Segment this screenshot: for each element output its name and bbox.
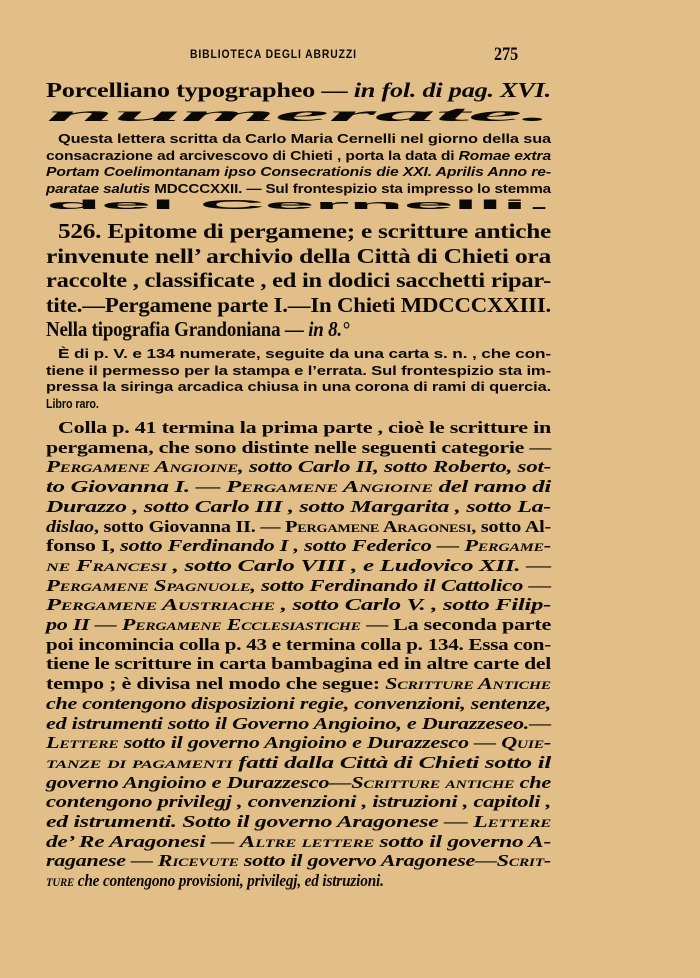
text-run: — La seconda parte xyxy=(361,615,551,634)
text-run: numerate. xyxy=(46,102,551,126)
text-run: po II — xyxy=(46,615,122,634)
text-run: Portam Coelimontanam ipso Consecrationis… xyxy=(46,165,551,179)
text-run: Pergamene Aragonesi xyxy=(285,517,471,536)
running-title: BIBLIOTECA DEGLI ABRUZZI xyxy=(190,49,357,61)
text-run: Scritture Antiche xyxy=(385,674,551,693)
text-line: poi incomincia colla p. 43 e termina col… xyxy=(46,635,551,655)
text-line: Lettere sotto il governo Angioino e Dura… xyxy=(46,733,551,753)
text-line: pressa la siringa arcadica chiusa in una… xyxy=(46,380,551,394)
text-run: tite.—Pergamene parte I.—In Chieti MDCCC… xyxy=(46,293,551,317)
text-run: Porcelliano typographeo — xyxy=(46,78,354,102)
text-run: Lettere xyxy=(473,812,551,831)
text-run: Pergame- xyxy=(464,536,551,555)
text-line: governo Angioino e Durazzesco—Scritture … xyxy=(46,773,551,793)
text-run: tanze di pagamenti xyxy=(46,753,232,772)
text-line: Portam Coelimontanam ipso Consecrationis… xyxy=(46,165,551,179)
text-run: che xyxy=(514,773,551,792)
text-line: po II — Pergamene Ecclesiastiche — La se… xyxy=(46,615,551,635)
text-run: , sotto Ferdinando il Cattolico — xyxy=(250,576,551,595)
text-line: Porcelliano typographeo — in fol. di pag… xyxy=(46,78,551,103)
text-run: Lettere xyxy=(46,733,118,752)
text-line: rinvenute nell’ archivio della Città di … xyxy=(46,244,551,269)
text-run: Libro raro. xyxy=(46,397,99,411)
text-line: fonso I, sotto Ferdinando I , sotto Fede… xyxy=(46,536,551,556)
text-line: Durazzo , sotto Carlo III , sotto Margar… xyxy=(46,497,551,517)
text-run: Pergamene Angioine xyxy=(46,457,238,476)
text-run: Pergamene Austriache xyxy=(46,595,275,614)
text-line: tempo ; è divisa nel modo che segue: Scr… xyxy=(46,674,551,694)
text-line: Nella tipografia Grandoniana — in 8.° xyxy=(46,317,349,342)
text-run: del ramo di xyxy=(433,477,551,496)
text-line: Libro raro. xyxy=(46,397,99,411)
text-line: to Giovanna I. — Pergamene Angioine del … xyxy=(46,477,551,497)
text-run: contengono privilegj , convenzioni , ist… xyxy=(46,792,551,811)
text-run: Pergamene Spagnuole xyxy=(46,576,250,595)
text-run: sotto il governo Angioino e Durazzesco — xyxy=(118,733,501,752)
text-run: dislao xyxy=(46,517,94,536)
text-line: numerate. xyxy=(46,102,551,127)
text-line: È di p. V. e 134 numerate, seguite da un… xyxy=(58,347,551,361)
text-line: Pergamene Spagnuole, sotto Ferdinando il… xyxy=(46,576,551,596)
text-run: ed istrumenti sotto il Governo Angioino,… xyxy=(46,714,551,733)
text-run: Pergamene Ecclesiastiche xyxy=(122,615,361,634)
text-line: del Cernelli. xyxy=(46,198,551,212)
text-line: contengono privilegj , convenzioni , ist… xyxy=(46,792,551,812)
text-line: ture che contengono provisioni, privileg… xyxy=(46,871,384,891)
text-run: tiene le scritture in carta bambagina ed… xyxy=(46,654,551,673)
text-run: Scrit- xyxy=(497,851,551,870)
text-run: in fol. di pag. XVI. xyxy=(354,78,551,102)
page-number: 275 xyxy=(494,44,518,66)
text-run: paratae salutis xyxy=(46,182,154,196)
text-line: tite.—Pergamene parte I.—In Chieti MDCCC… xyxy=(46,293,551,318)
text-line: ed istrumenti sotto il Governo Angioino,… xyxy=(46,714,551,734)
text-line: tiene il permesso per la stampa e l’erra… xyxy=(46,364,551,378)
text-run: ne Francesi xyxy=(46,556,167,575)
text-run: pergamena, che sono distinte nelle segue… xyxy=(46,438,551,457)
text-run: Durazzo , sotto Carlo III , sotto Margar… xyxy=(46,497,551,516)
text-run: MDCCCXXII. — Sul frontespizio sta impres… xyxy=(154,182,551,196)
text-run: sotto il governo A- xyxy=(374,832,551,851)
text-line: pergamena, che sono distinte nelle segue… xyxy=(46,438,551,458)
text-run: in 8.° xyxy=(308,317,349,341)
text-line: raccolte , classificate , ed in dodici s… xyxy=(46,268,551,293)
text-run: Altre lettere xyxy=(240,832,374,851)
text-line: Pergamene Austriache , sotto Carlo V. , … xyxy=(46,595,551,615)
text-run: Romae extra xyxy=(459,149,551,163)
text-run: Quie- xyxy=(501,733,551,752)
text-run: poi incomincia colla p. 43 e termina col… xyxy=(46,635,551,654)
text-line: Pergamene Angioine, sotto Carlo II, sott… xyxy=(46,457,551,477)
text-line: ed istrumenti. Sotto il governo Aragones… xyxy=(46,812,551,832)
text-run: tiene il permesso per la stampa e l’erra… xyxy=(46,364,551,378)
text-run: consacrazione ad arcivescovo di Chieti ,… xyxy=(46,149,459,163)
text-run: ed istrumenti. Sotto il governo Aragones… xyxy=(46,812,473,831)
text-run: tempo ; è divisa nel modo che segue: xyxy=(46,674,385,693)
text-run: Colla p. 41 termina la prima parte , cio… xyxy=(58,418,551,437)
text-run: che contengono disposizioni regie, conve… xyxy=(46,694,551,713)
text-run: sotto Ferdinando I , sotto Federico — xyxy=(120,536,464,555)
text-run: fatti dalla Città di Chieti sotto il xyxy=(232,753,551,772)
text-run: de’ Re Aragonesi — xyxy=(46,832,240,851)
text-run: Ricevute xyxy=(158,851,239,870)
text-run: Nella tipografia Grandoniana — xyxy=(46,317,308,341)
text-run: ture xyxy=(46,871,74,890)
text-run: raccolte , classificate , ed in dodici s… xyxy=(46,268,551,292)
text-run: pressa la siringa arcadica chiusa in una… xyxy=(46,380,551,394)
text-line: 526. Epitome di pergamene; e scritture a… xyxy=(58,219,551,244)
text-run: Scritture antiche xyxy=(351,773,514,792)
text-line: raganese — Ricevute sotto il govervo Ara… xyxy=(46,851,551,871)
text-run: raganese — xyxy=(46,851,158,870)
text-run: rinvenute nell’ archivio della Città di … xyxy=(46,244,551,268)
text-run: sotto il govervo Aragonese— xyxy=(239,851,497,870)
text-run: che contengono provisioni, privilegj, ed… xyxy=(74,871,384,890)
text-line: ne Francesi , sotto Carlo VIII , e Ludov… xyxy=(46,556,551,576)
text-run: , sotto Al- xyxy=(471,517,551,536)
text-line: tiene le scritture in carta bambagina ed… xyxy=(46,654,551,674)
text-run: fonso I, xyxy=(46,536,120,555)
text-line: de’ Re Aragonesi — Altre lettere sotto i… xyxy=(46,832,551,852)
text-run: 526. Epitome di pergamene; e scritture a… xyxy=(58,219,551,243)
text-run: , sotto Giovanna II. — xyxy=(94,517,285,536)
text-line: paratae salutis MDCCCXXII. — Sul frontes… xyxy=(46,182,551,196)
text-line: Questa lettera scritta da Carlo Maria Ce… xyxy=(58,132,551,146)
text-line: Colla p. 41 termina la prima parte , cio… xyxy=(58,418,551,438)
text-run: , sotto Carlo V. , sotto Filip- xyxy=(275,595,551,614)
text-run: È di p. V. e 134 numerate, seguite da un… xyxy=(58,347,551,361)
page-header: BIBLIOTECA DEGLI ABRUZZI 275 xyxy=(46,44,551,66)
text-run: , sotto Carlo VIII , e Ludovico XII. — xyxy=(167,556,551,575)
text-line: dislao, sotto Giovanna II. — Pergamene A… xyxy=(46,517,551,537)
text-run: to Giovanna I. — xyxy=(46,477,226,496)
text-run: Pergamene Angioine xyxy=(226,477,433,496)
text-run: governo Angioino e Durazzesco— xyxy=(46,773,351,792)
text-line: tanze di pagamenti fatti dalla Città di … xyxy=(46,753,551,773)
text-run: , sotto Carlo II, sotto Roberto, sot- xyxy=(238,457,551,476)
text-line: che contengono disposizioni regie, conve… xyxy=(46,694,551,714)
text-line: consacrazione ad arcivescovo di Chieti ,… xyxy=(46,149,551,163)
text-run: Questa lettera scritta da Carlo Maria Ce… xyxy=(58,132,551,146)
text-run: del Cernelli. xyxy=(46,198,551,212)
